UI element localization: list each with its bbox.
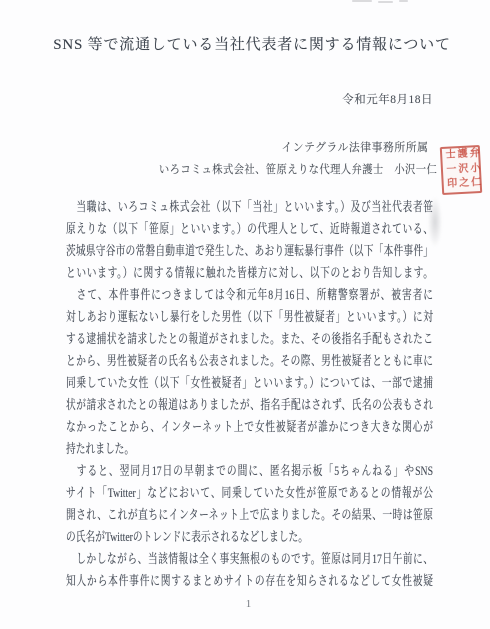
body-line: 開され、これが直ちにインターネット上で広まりました。その結果、一時は笹原 <box>66 504 433 526</box>
scan-smudge <box>428 197 442 247</box>
body-line: 同乗していた女性（以下「女性被疑者」といいます。）については、一部で逮捕 <box>66 372 433 394</box>
document-title: SNS 等で流通している当社代表者に関する情報について <box>12 33 490 54</box>
scan-artifact <box>352 0 372 2</box>
seal-column: 仁之印 <box>443 176 480 193</box>
body-line: 知人から本件事件に関するまとめサイトの存在を知らされるなどして女性被疑 <box>66 570 433 592</box>
sender-signature: いろコミュ株式会社、笹原えりな代理人弁護士 小沢一仁 <box>159 161 437 177</box>
scan-artifact <box>399 0 408 2</box>
attorney-seal-stamp: 弁護士 小沢一 仁之印 <box>440 145 482 195</box>
scan-artifact <box>378 1 393 3</box>
body-line: さて、本件事件につきましては令和元年8月16日、所轄警察署が、被害者に <box>66 284 433 306</box>
body-line: 対しあおり運転ないし暴行をした男性（以下「男性被疑者」といいます。）に対 <box>66 306 433 328</box>
body-line: 原えりな（以下「笹原」といいます。）の代理人として、近時報道されている、 <box>66 218 433 240</box>
body-line: の氏名がTwitterのトレンドに表示されるなどしました。 <box>66 526 433 548</box>
document-page: SNS 等で流通している当社代表者に関する情報について 令和元年8月18日 イン… <box>0 0 490 629</box>
body-line: なかったことから、インターネット上で女性被疑者が誰かにつき大きな関心が <box>66 416 433 438</box>
document-body: 当職は、いろコミュ株式会社（以下「当社」といいます。）及び当社代表者笹原えりな（… <box>66 196 490 592</box>
body-line: する逮捕状を請求したとの報道がされました。また、その後指名手配もされたこ <box>66 328 433 350</box>
page-number: 1 <box>0 598 490 610</box>
sender-affiliation: インテグラル法律事務所所属 <box>281 139 428 155</box>
body-line: 状が請求されたとの報道はありましたが、指名手配はされず、氏名の公表もされ <box>66 394 433 416</box>
body-line: サイト「Twitter」などにおいて、同乗していた女性が笹原であるとの情報が公 <box>66 482 433 504</box>
body-line: 当職は、いろコミュ株式会社（以下「当社」といいます。）及び当社代表者笹 <box>66 196 433 218</box>
body-line: といいます。）に関する情報に触れた皆様方に対し、以下のとおり告知します。 <box>66 262 433 284</box>
body-line: 持たれました。 <box>66 438 433 460</box>
body-line: 茨城県守谷市の常磐自動車道で発生した、あおり運転暴行事件（以下「本件事件」 <box>66 240 433 262</box>
document-date: 令和元年8月18日 <box>342 91 433 107</box>
body-line: しかしながら、当該情報は全く事実無根のものです。笹原は同月17日午前に、 <box>66 548 433 570</box>
body-line: とから、男性被疑者の氏名も公表されました。その際、男性被疑者とともに車に <box>66 350 433 372</box>
body-line: すると、翌同月17日の早朝までの間に、匿名掲示板「5ちゃんねる」やSNS <box>66 460 433 482</box>
